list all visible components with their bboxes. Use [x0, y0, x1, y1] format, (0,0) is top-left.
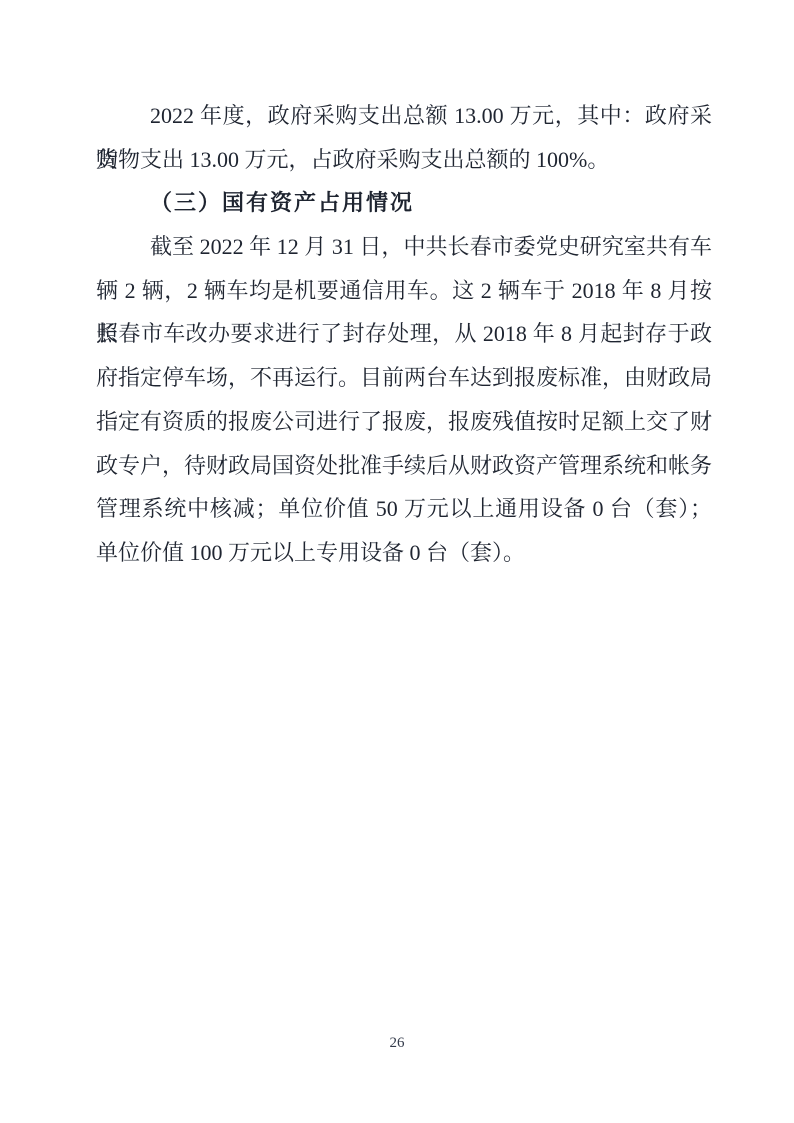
text-line: 2022 年度，政府采购支出总额 13.00 万元，其中：政府采购 [96, 94, 712, 138]
page-footer: 26 [0, 1034, 794, 1052]
text-line: 管理系统中核减；单位价值 50 万元以上通用设备 0 台（套）； [96, 487, 712, 531]
text-line: 指定有资质的报废公司进行了报废，报废残值按时足额上交了财 [96, 400, 712, 444]
text-line: 长春市车改办要求进行了封存处理，从 2018 年 8 月起封存于政 [96, 312, 712, 356]
document-text-block: 2022 年度，政府采购支出总额 13.00 万元，其中：政府采购货物支出 13… [96, 94, 712, 575]
document-page: 2022 年度，政府采购支出总额 13.00 万元，其中：政府采购货物支出 13… [0, 0, 794, 1123]
text-line: 货物支出 13.00 万元，占政府采购支出总额的 100%。 [96, 138, 712, 182]
page-number: 26 [390, 1035, 405, 1051]
text-line: 政专户，待财政局国资处批准手续后从财政资产管理系统和帐务 [96, 444, 712, 488]
text-line: 单位价值 100 万元以上专用设备 0 台（套）。 [96, 531, 712, 575]
section-heading: （三）国有资产占用情况 [96, 181, 712, 225]
text-line: 截至 2022 年 12 月 31 日，中共长春市委党史研究室共有车 [96, 225, 712, 269]
text-line: 府指定停车场，不再运行。目前两台车达到报废标准，由财政局 [96, 356, 712, 400]
text-line: 辆 2 辆，2 辆车均是机要通信用车。这 2 辆车于 2018 年 8 月按照 [96, 269, 712, 313]
